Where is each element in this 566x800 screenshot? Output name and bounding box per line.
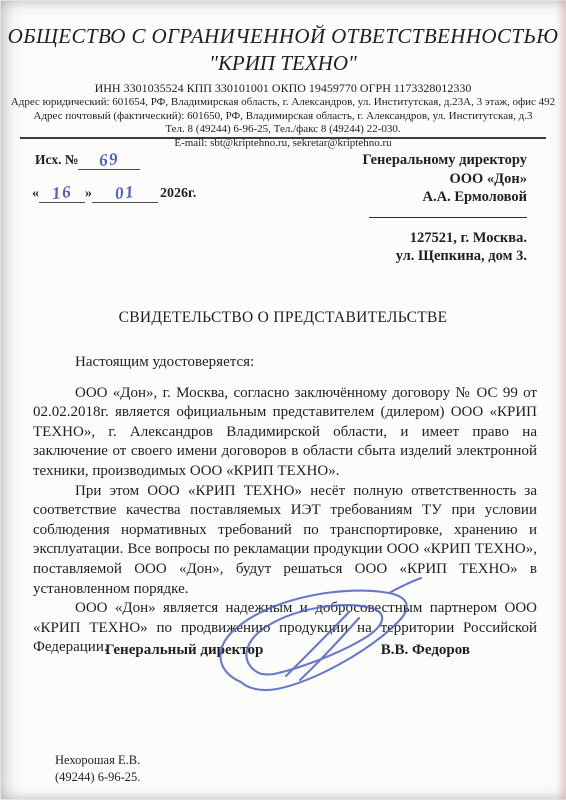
date-block: «16»012026г. <box>32 182 196 203</box>
org-postal-address: Адрес почтовый (фактический): 601650, РФ… <box>0 110 566 124</box>
org-name-line2: "КРИП ТЕХНО" <box>0 51 566 76</box>
executor-name: Нехорошая Е.В. <box>55 752 140 769</box>
signature-row: Генеральный директор В.В. Федоров <box>105 642 470 659</box>
date-month-slot: 01 <box>92 182 158 203</box>
org-requisites: ИНН 3301035524 КПП 330101001 ОКПО 194597… <box>0 81 566 96</box>
ref-label: Исх. № <box>35 152 78 167</box>
signer-name: В.В. Федоров <box>381 642 470 659</box>
org-name-line1: ОБЩЕСТВО С ОГРАНИЧЕННОЙ ОТВЕТСТВЕННОСТЬЮ <box>0 24 566 49</box>
org-legal-address: Адрес юридический: 601654, РФ, Владимирс… <box>0 96 566 110</box>
recipient-divider <box>369 217 527 218</box>
date-month-handwritten: 01 <box>114 182 136 204</box>
date-day-handwritten: 16 <box>51 182 73 204</box>
quote-close: » <box>85 186 92 201</box>
quote-open: « <box>32 186 39 201</box>
recipient-company: ООО «Дон» <box>362 170 527 189</box>
body-paragraph-1: ООО «Дон», г. Москва, согласно заключённ… <box>33 384 537 482</box>
recipient-block: Генеральному директору ООО «Дон» А.А. Ер… <box>362 151 527 265</box>
document-page: ОБЩЕСТВО С ОГРАНИЧЕННОЙ ОТВЕТСТВЕННОСТЬЮ… <box>0 0 566 800</box>
scanned-letter: { "page": { "paper_color": "#fcfcfa", "i… <box>0 0 566 800</box>
recipient-address-line2: ул. Щепкина, дом 3. <box>362 247 527 265</box>
ref-number-slot: 69 <box>78 149 140 170</box>
body-intro: Настоящим удостоверяется: <box>33 353 537 373</box>
executor-footer: Нехорошая Е.В. (49244) 6-96-25. <box>55 752 140 786</box>
recipient-address-line1: 127521, г. Москва. <box>362 229 527 247</box>
signer-role: Генеральный директор <box>105 642 263 659</box>
recipient-position: Генеральному директору <box>362 151 527 170</box>
org-phone: Тел. 8 (49244) 6-96-25, Тел./факс 8 (492… <box>0 123 566 137</box>
letterhead: ОБЩЕСТВО С ОГРАНИЧЕННОЙ ОТВЕТСТВЕННОСТЬЮ… <box>0 24 566 150</box>
document-body: Настоящим удостоверяется: ООО «Дон», г. … <box>33 353 537 658</box>
letterhead-divider <box>20 137 546 139</box>
date-year: 2026г. <box>160 186 196 201</box>
executor-phone: (49244) 6-96-25. <box>55 769 140 786</box>
recipient-person: А.А. Ермоловой <box>362 188 527 207</box>
document-title: СВИДЕТЕЛЬСТВО О ПРЕДСТАВИТЕЛЬСТВЕ <box>0 309 566 327</box>
body-paragraph-2: При этом ООО «КРИП ТЕХНО» несёт полную о… <box>33 482 537 600</box>
outgoing-ref-block: Исх. №69 <box>35 149 140 170</box>
ref-number-handwritten: 69 <box>98 149 120 171</box>
date-day-slot: 16 <box>39 182 85 203</box>
